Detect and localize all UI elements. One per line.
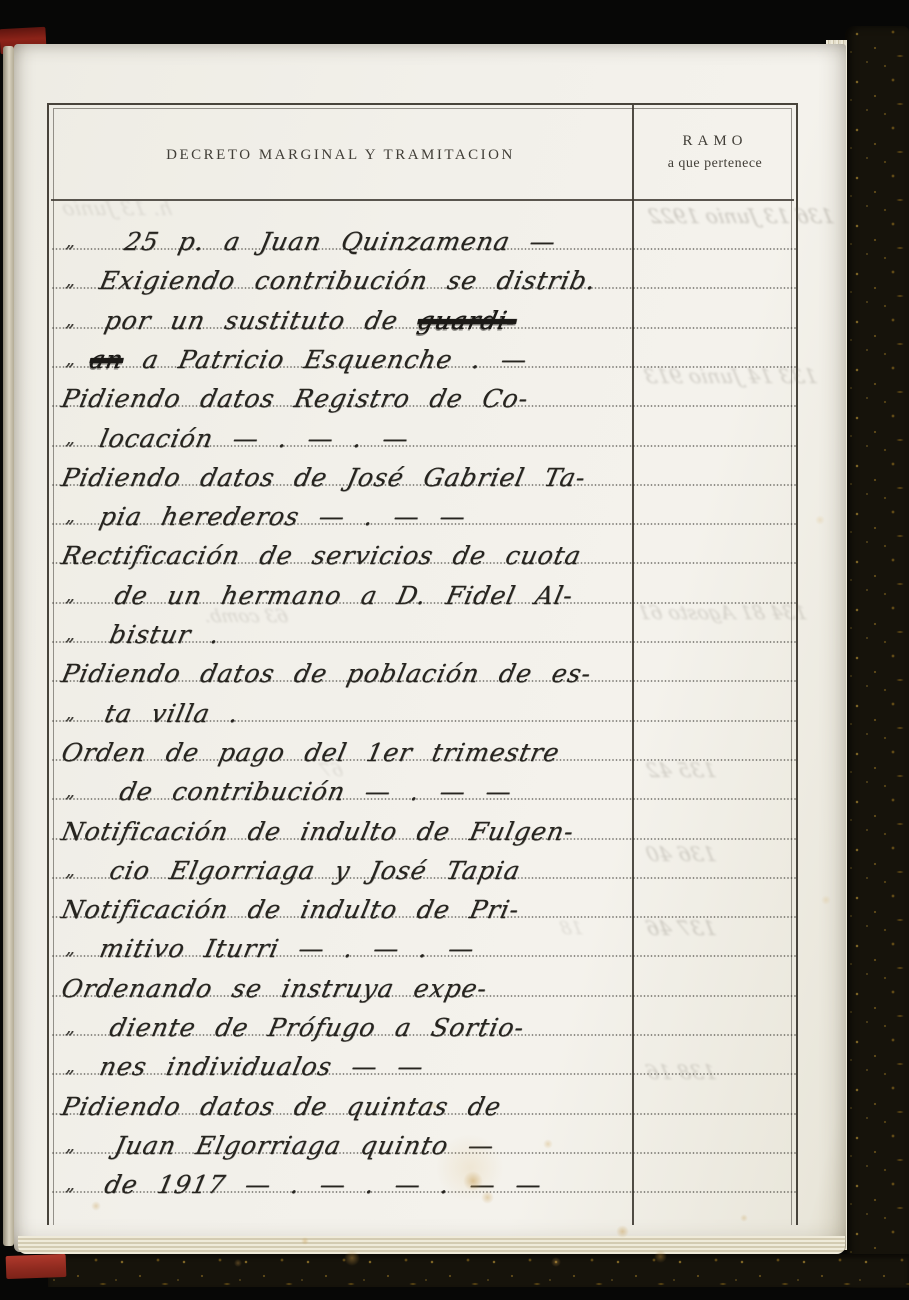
register-entry: Rectificación de servicios de cuota [52,528,797,564]
entry-text: por un sustituto de guardi- [102,306,519,335]
register-entry: „nes individualos — — [52,1039,797,1075]
register-entry: „locación — . — . — [52,411,797,447]
register-entry: Pidiendo datos de población de es- [52,646,797,682]
register-entry: Ordenando se instruya expe- [52,961,797,997]
register-entry: „cio Elgorriaga y José Tapia [52,843,797,879]
book-cover-bottom-edge [48,1254,909,1287]
register-entry: „mitivo Iturri — . — . — [52,921,797,957]
register-entry: „diente de Prófugo a Sortio- [52,1000,797,1036]
bookmark-ribbon-bottom [6,1254,67,1279]
entry-text-segment: bistur . [107,620,223,649]
register-entry: „pia herederos — . — — [52,489,797,525]
entry-text: Pidiendo datos de población de es- [59,659,594,688]
entry-text-segment: Exigiendo contribución se distrib. [97,266,599,295]
page-block-edge-bottom [18,1236,845,1254]
previous-page-edge [3,46,14,1246]
book-binding-right [845,26,909,1288]
entry-text-segment: 25 p. a Juan Quinzamena — [122,227,559,256]
entry-text-segment: Pidiendo datos de quintas de [59,1092,504,1121]
entry-text: Exigiendo contribución se distrib. [97,266,599,295]
entry-text-segment: Notificación de indulto de Fulgen- [59,817,577,846]
register-entry: „de un hermano a D. Fidel Al- [52,568,797,604]
entry-text-segment: diente de Prófugo a Sortio- [107,1013,527,1042]
entry-text-segment: Juan Elgorriaga quinto — [112,1131,497,1160]
register-entry: Orden de pago del 1er trimestre [52,725,797,761]
entry-text: Pidiendo datos de quintas de [59,1092,504,1121]
entry-text: Juan Elgorriaga quinto — [112,1131,497,1160]
entry-text: 25 p. a Juan Quinzamena — [122,227,559,256]
entry-text-segment: Pidiendo datos de José Gabriel Ta- [59,463,589,492]
entry-text-segment: ta villa . [102,699,242,728]
entry-text-segment: Pidiendo datos Registro de Co- [59,384,531,413]
entry-text: Rectificación de servicios de cuota [59,541,584,570]
ledger-table: DECRETO MARGINAL Y TRAMITACION RAMO a qu… [47,103,798,1225]
entry-text-segment: de 1917 — . — . — . — — [102,1170,545,1199]
entry-text: de contribución — . — — [117,777,515,806]
entry-text-segment: nes individualos — — [97,1052,427,1081]
entry-text-segment: locación — . — . — [97,424,412,453]
register-entry: Pidiendo datos de José Gabriel Ta- [52,450,797,486]
entry-text-segment: por un sustituto de [102,306,421,335]
register-entry: „Exigiendo contribución se distrib. [52,253,797,289]
entry-text-segment: mitivo Iturri — . — . — [97,934,478,963]
entry-text: Orden de pago del 1er trimestre [59,738,563,767]
entry-text-segment: de un hermano a D. Fidel Al- [112,581,576,610]
entry-text: de un hermano a D. Fidel Al- [112,581,576,610]
entries-area: „25 p. a Juan Quinzamena —„Exigiendo con… [49,105,796,1225]
entry-text-segment: Orden de pago del 1er trimestre [59,738,563,767]
entry-text: cio Elgorriaga y José Tapia [107,856,523,885]
register-entry: „de 1917 — . — . — . — — [52,1157,797,1193]
entry-text: Notificación de indulto de Fulgen- [59,817,577,846]
entry-text-segment: de contribución — . — — [117,777,515,806]
entry-text: de 1917 — . — . — . — — [102,1170,545,1199]
entry-text: diente de Prófugo a Sortio- [107,1013,527,1042]
register-entry: „ta villa . [52,686,797,722]
register-entry: „bistur . [52,607,797,643]
crossed-out-text: guardi- [415,306,520,335]
entry-text: locación — . — . — [97,424,412,453]
book-scan: DECRETO MARGINAL Y TRAMITACION RAMO a qu… [0,0,909,1300]
register-entry: Pidiendo datos Registro de Co- [52,371,797,407]
entry-text: Pidiendo datos Registro de Co- [59,384,531,413]
entry-text-segment: a Patricio Esquenche . — [120,345,530,374]
entry-text: pia herederos — . — — [97,502,469,531]
entry-text-segment: pia herederos — . — — [97,502,469,531]
register-entry: Notificación de indulto de Pri- [52,882,797,918]
register-entry: Notificación de indulto de Fulgen- [52,804,797,840]
entry-text: nes individualos — — [97,1052,427,1081]
register-entry: „Juan Elgorriaga quinto — [52,1118,797,1154]
entry-text-segment: Pidiendo datos de población de es- [59,659,594,688]
entry-text-segment: cio Elgorriaga y José Tapia [107,856,523,885]
entry-text: Pidiendo datos de José Gabriel Ta- [59,463,589,492]
entry-text: mitivo Iturri — . — . — [97,934,478,963]
register-entry: „an a Patricio Esquenche . — [52,332,797,368]
entry-text-segment: Ordenando se instruya expe- [59,974,490,1003]
entry-text: Ordenando se instruya expe- [59,974,490,1003]
entry-text: bistur . [107,620,223,649]
entry-text: Notificación de indulto de Pri- [59,895,522,924]
register-entry: „de contribución — . — — [52,764,797,800]
register-entry: Pidiendo datos de quintas de [52,1079,797,1115]
entry-text-segment: Rectificación de servicios de cuota [59,541,584,570]
register-entry: „por un sustituto de guardi- [52,293,797,329]
entry-text: ta villa . [102,699,242,728]
entry-text: an a Patricio Esquenche . — [87,345,530,374]
register-entry: „25 p. a Juan Quinzamena — [52,214,797,250]
entry-text-segment: Notificación de indulto de Pri- [59,895,522,924]
